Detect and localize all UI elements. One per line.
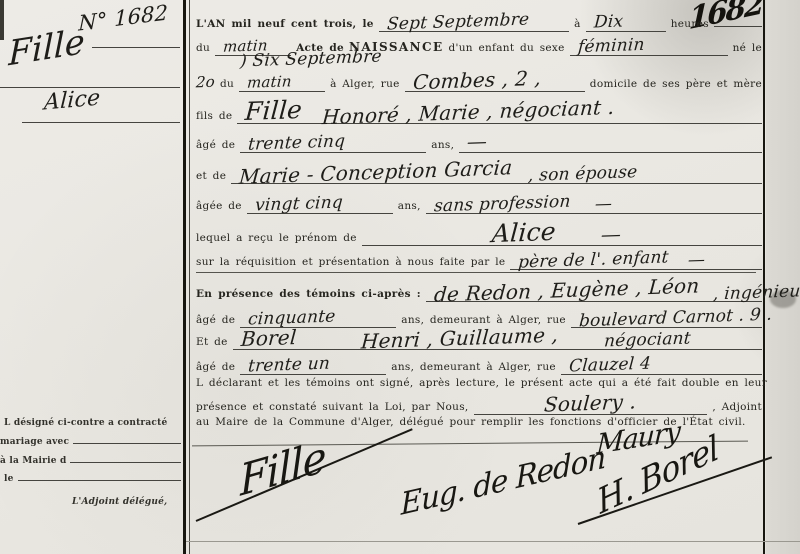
printed-text: le [4, 474, 14, 484]
birth-certificate-scan: 1682 N° 1682 Fille Alice L désigné ci-co… [0, 0, 800, 554]
handwritten-witness1-address: boulevard Carnot . 9 . [579, 308, 773, 329]
line-mother-age: âgée de vingt cinq ans, sans profession … [196, 194, 762, 214]
blank-record-hour: Dix [586, 12, 666, 32]
printed-text: , Adjoint [712, 401, 762, 413]
handwritten-mother-name: Marie - Conception Garcia [239, 159, 513, 186]
handwritten-witness2-address: Clauzel 4 [568, 357, 651, 374]
form-left-rule [183, 0, 186, 554]
blank-child-sex: féminin [570, 36, 728, 56]
blank-witness1-name: de Redon , Eugène , Léon , ingénieur civ… [426, 282, 762, 302]
margin-note-line3: à la Mairie d [0, 456, 181, 466]
handwritten-father-givennames: Honoré , Marie , négociant . [321, 99, 614, 126]
blank-marriage-date [18, 480, 181, 481]
blank-mother-age: vingt cinq [247, 194, 393, 214]
line-closing2: présence et constaté suivant la Loi, par… [196, 395, 762, 415]
line-witness2: Et de Borel Henri , Guillaume , négocian… [196, 330, 762, 350]
printed-text: heures [671, 18, 709, 30]
blank-father-name: Fille Honoré , Marie , négociant . [237, 100, 762, 124]
handwritten-street: Combes , 2 , [412, 70, 541, 92]
scan-bottom-line [186, 541, 800, 542]
line-closing1: L déclarant et les témoins ont signé, ap… [196, 377, 762, 389]
printed-text: âgée de [196, 200, 242, 212]
signature-witness1: Eug. de Redon [400, 446, 605, 518]
line-mother: et de Marie - Conception Garcia , son ép… [196, 164, 762, 184]
margin-note-line2: mariage avec [0, 437, 181, 447]
handwritten-dash: — [595, 197, 623, 212]
printed-text: âgé de [196, 139, 235, 151]
blank-witness2-name: Borel Henri , Guillaume , négociant [233, 330, 762, 350]
line-father-age: âgé de trente cinq ans, — [196, 133, 762, 153]
blank-witness2-address: Clauzel 4 [561, 355, 762, 375]
printed-text: mariage avec [0, 437, 69, 447]
printed-text: né le [733, 42, 762, 54]
margin-officer-label: L'Adjoint délégué, [72, 497, 167, 507]
margin-surname: Fille [8, 28, 85, 69]
handwritten-witness1-profession: , ingénieur civil [712, 283, 800, 302]
margin-line [92, 47, 180, 48]
handwritten-witness2-profession: négociant [603, 331, 691, 349]
printed-text: L'AN mil neuf cent trois, le [196, 18, 374, 30]
handwritten-father-age: trente cinq [248, 134, 346, 152]
handwritten-witness2-givennames: Henri , Guillaume , [361, 327, 559, 351]
handwritten-dash: — [688, 253, 716, 268]
blank-fill: — [459, 133, 762, 153]
handwritten-record-date: Sept Septembre [386, 12, 529, 31]
printed-text: Et de [196, 336, 228, 348]
line-child-name: lequel a reçu le prénom de Alice — [196, 222, 762, 246]
blank-father-age: trente cinq [240, 133, 426, 153]
printed-text: et de [196, 170, 226, 182]
handwritten-mother-profession: sans profession [433, 195, 571, 214]
printed-text: présence et constaté suivant la Loi, par… [196, 401, 469, 413]
scan-corner-artifact [0, 0, 4, 40]
form-right-rule [763, 0, 765, 554]
blank-fill [714, 26, 762, 27]
handwritten-dash: — [601, 225, 632, 243]
handwritten-mother-status: , son épouse [527, 165, 637, 183]
blank-declarant: père de l'. enfant — [510, 250, 762, 270]
blank-child-name: Alice — [362, 222, 762, 246]
handwritten-witness1-name: de Redon , Eugène , Léon [433, 277, 699, 303]
blank-street: Combes , 2 , [405, 72, 585, 92]
blank-record-date: Sept Septembre [379, 12, 569, 32]
printed-text: ans, [398, 200, 421, 212]
line-father: fils de Fille Honoré , Marie , négociant… [196, 100, 762, 124]
blank-spouse-name [73, 443, 181, 444]
blank-marriage-city [70, 462, 181, 463]
printed-text: L désigné ci-contre a contracté [4, 418, 167, 428]
handwritten-fraction: 2o [196, 76, 216, 89]
margin-note-line4: le [4, 474, 181, 484]
line-act-date: L'AN mil neuf cent trois, le Sept Septem… [196, 12, 762, 32]
printed-text: sur la réquisition et présentation à nou… [196, 256, 505, 268]
blank-mother-profession: sans profession — [426, 194, 762, 214]
printed-text: fils de [196, 110, 232, 122]
handwritten-father-surname: Fille [245, 99, 304, 122]
handwritten-declarant: père de l'. enfant [518, 250, 670, 270]
margin-given-name: Alice [44, 89, 101, 113]
printed-text: âgé de [196, 361, 235, 373]
handwritten-mother-age: vingt cinq [254, 195, 343, 213]
printed-text: L déclarant et les témoins ont signé, ap… [196, 377, 767, 389]
margin-note-line1: L désigné ci-contre a contracté [4, 418, 181, 428]
line-witness2-age: âgé de trente un ans, demeurant à Alger,… [196, 355, 762, 375]
printed-text: à [574, 18, 581, 30]
printed-text: En présence des témoins ci-après : [196, 288, 421, 300]
printed-text: ans, demeurant à Alger, rue [391, 361, 556, 373]
handwritten-witness2-age: trente un [248, 357, 331, 374]
blank-witness1-address: boulevard Carnot . 9 . [571, 308, 762, 328]
line-witness1: En présence des témoins ci-après : de Re… [196, 282, 762, 302]
line-declarant: sur la réquisition et présentation à nou… [196, 250, 762, 270]
handwritten-birth-ampm: matin [247, 75, 293, 89]
printed-text: à Alger, rue [330, 78, 400, 90]
handwritten-sex: féminin [577, 38, 645, 55]
blank-witness2-age: trente un [240, 355, 386, 375]
blank-officer-name: Soulery . [474, 395, 708, 415]
printed-text: d'un enfant du sexe [449, 42, 565, 54]
printed-text: du [196, 42, 210, 54]
paper-edge-strip [766, 0, 800, 554]
printed-text: lequel a reçu le prénom de [196, 232, 357, 244]
blank-witness1-age: cinquante [240, 308, 396, 328]
signature-declarant: Fille [239, 439, 326, 498]
form-left-rule-thin [189, 0, 190, 554]
handwritten-record-hour: Dix [593, 14, 623, 30]
printed-text: du [220, 78, 234, 90]
printed-text: domicile de ses père et mère [590, 78, 762, 90]
blank-birth-ampm: matin [239, 72, 325, 92]
printed-text: à la Mairie d [0, 456, 66, 466]
printed-text: âgé de [196, 314, 235, 326]
printed-text: ans, [431, 139, 454, 151]
handwritten-child-name: Alice [492, 221, 557, 245]
handwritten-witness2-surname: Borel [240, 329, 297, 348]
handwritten-officer-name: Soulery . [544, 393, 637, 413]
handwritten-birth-date-insert: ) Six Septembre [240, 50, 383, 69]
handwritten-dash: — [467, 132, 500, 150]
margin-line [22, 122, 180, 123]
blank-mother-name: Marie - Conception Garcia , son épouse [231, 164, 762, 184]
section-divider [196, 272, 756, 273]
line-birth-place: 2o du matin à Alger, rue Combes , 2 , do… [196, 72, 762, 92]
margin-record-number: N° 1682 [78, 4, 168, 33]
